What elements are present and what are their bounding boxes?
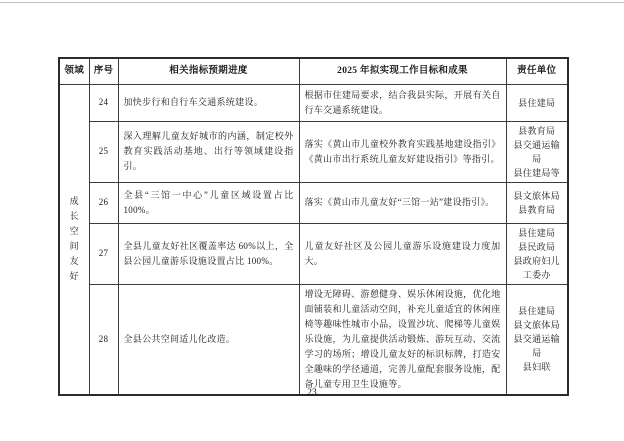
indicator-text: 深入理解儿童友好城市的内涵，制定校外教育实践活动基地、出行等领域建设指引。 xyxy=(118,121,299,182)
indicator-text: 加快步行和自行车交通系统建设。 xyxy=(118,84,299,121)
goal-text: 根据市住建局要求，结合我县实际，开展有关自行车交通系统建设。 xyxy=(299,84,506,121)
unit: 县文旅体局 xyxy=(512,189,563,203)
indicator-text: 全县儿童友好社区覆盖率达 60%以上，全县公园儿童游乐设施设置占比 100%。 xyxy=(118,223,299,284)
unit: 县民政局 xyxy=(512,240,563,254)
row-number: 24 xyxy=(89,84,118,121)
unit: 县住建局 xyxy=(512,304,563,318)
table-header-row: 领域 序号 相关指标预期进度 2025 年拟实现工作目标和成果 责任单位 xyxy=(59,58,568,84)
unit: 县住建局 xyxy=(512,226,563,240)
header-indicator: 相关指标预期进度 xyxy=(118,58,299,84)
domain-label-line: 成长 xyxy=(65,194,84,224)
responsible-units: 县文旅体局 县教育局 xyxy=(506,182,568,223)
row-number: 28 xyxy=(89,284,118,395)
responsible-units: 县教育局 县交通运输局 县住建局等 xyxy=(506,121,568,182)
unit: 县教育局 xyxy=(512,124,563,138)
unit: 县住建局 xyxy=(512,96,563,110)
unit: 县教育局 xyxy=(512,203,563,217)
indicator-progress-table: 领域 序号 相关指标预期进度 2025 年拟实现工作目标和成果 责任单位 成长 … xyxy=(58,57,569,396)
domain-label-line: 友好 xyxy=(65,254,84,284)
responsible-units: 县住建局 xyxy=(506,84,568,121)
header-domain: 领域 xyxy=(59,58,89,84)
table-row: 27 全县儿童友好社区覆盖率达 60%以上，全县公园儿童游乐设施设置占比 100… xyxy=(59,223,568,284)
unit: 县交通运输局 xyxy=(512,332,563,360)
table-row: 26 全县“三馆一中心”儿童区域设置占比 100%。 落实《黄山市儿童友好“三馆… xyxy=(59,182,568,223)
page-top-edge xyxy=(0,2,624,3)
indicator-text: 全县公共空间适儿化改造。 xyxy=(118,284,299,395)
row-number: 25 xyxy=(89,121,118,182)
goal-text: 儿童友好社区及公园儿童游乐设施建设力度加大。 xyxy=(299,223,506,284)
responsible-units: 县住建局 县文旅体局 县交通运输局 县妇联 xyxy=(506,284,568,395)
page-number: 23 xyxy=(0,388,624,398)
table-row: 25 深入理解儿童友好城市的内涵，制定校外教育实践活动基地、出行等领域建设指引。… xyxy=(59,121,568,182)
responsible-units: 县住建局 县民政局 县政府妇儿工委办 xyxy=(506,223,568,284)
unit: 县交通运输局 xyxy=(512,138,563,166)
goal-text: 落实《黄山市儿童校外教育实践基地建设指引》《黄山市出行系统儿童友好建设指引》等指… xyxy=(299,121,506,182)
domain-cell: 成长 空间 友好 xyxy=(59,84,89,395)
table-row: 28 全县公共空间适儿化改造。 增设无障碍、游憩健身、娱乐休闲设施，优化地面铺装… xyxy=(59,284,568,395)
unit: 县政府妇儿工委办 xyxy=(512,254,563,282)
indicator-text: 全县“三馆一中心”儿童区域设置占比 100%。 xyxy=(118,182,299,223)
domain-label-line: 空间 xyxy=(65,224,84,254)
header-no: 序号 xyxy=(89,58,118,84)
row-number: 26 xyxy=(89,182,118,223)
goal-text: 增设无障碍、游憩健身、娱乐休闲设施，优化地面铺装和儿童活动空间，补充儿童适宜的休… xyxy=(299,284,506,395)
unit: 县文旅体局 xyxy=(512,318,563,332)
goal-text: 落实《黄山市儿童友好“三馆一站”建设指引》。 xyxy=(299,182,506,223)
table-row: 成长 空间 友好 24 加快步行和自行车交通系统建设。 根据市住建局要求，结合我… xyxy=(59,84,568,121)
unit: 县妇联 xyxy=(512,360,563,374)
unit: 县住建局等 xyxy=(512,166,563,180)
header-units: 责任单位 xyxy=(506,58,568,84)
header-goal: 2025 年拟实现工作目标和成果 xyxy=(299,58,506,84)
row-number: 27 xyxy=(89,223,118,284)
